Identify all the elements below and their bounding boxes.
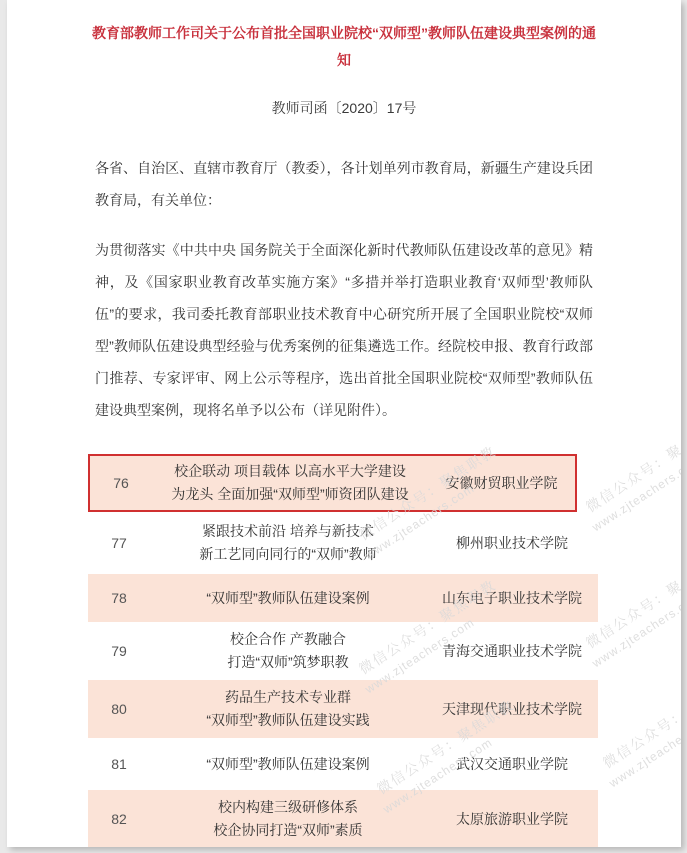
case-title-line1: 紧跟技术前沿 培养与新技术 <box>150 520 426 543</box>
table-row: 79 校企合作 产教融合打造“双师”筑梦职教 青海交通职业技术学院 <box>88 622 598 680</box>
case-number: 79 <box>88 643 150 659</box>
case-title: 药品生产技术专业群“双师型”教师队伍建设实践 <box>150 686 426 732</box>
table-row-highlighted: 76 校企联动 项目载体 以高水平大学建设为龙头 全面加强“双师型”师资团队建设… <box>88 454 577 512</box>
case-number: 78 <box>88 590 150 606</box>
case-number: 80 <box>88 701 150 717</box>
table-row: 78 “双师型”教师队伍建设案例 山东电子职业技术学院 <box>88 574 598 622</box>
document-content: 教育部教师工作司关于公布首批全国职业院校“双师型”教师队伍建设典型案例的通知 教… <box>7 20 681 847</box>
case-title-line2: 打造“双师”筑梦职教 <box>150 651 426 674</box>
case-number: 76 <box>90 475 152 491</box>
case-number: 82 <box>88 811 150 827</box>
case-number: 77 <box>88 535 150 551</box>
case-title-line1: “双师型”教师队伍建设案例 <box>150 587 426 610</box>
case-title-line1: 校企联动 项目载体 以高水平大学建设 <box>152 460 428 483</box>
case-school: 安徽财贸职业学院 <box>428 473 575 493</box>
case-title-line2: 为龙头 全面加强“双师型”师资团队建设 <box>152 483 428 506</box>
case-title: 校企合作 产教融合打造“双师”筑梦职教 <box>150 628 426 674</box>
case-school: 太原旅游职业学院 <box>426 809 598 829</box>
case-school: 武汉交通职业学院 <box>426 754 598 774</box>
case-title-line1: 校内构建三级研修体系 <box>150 796 426 819</box>
document-page: 微信公众号：聚焦职教 www.zjteachers.com 微信公众号：聚焦职教… <box>7 0 681 847</box>
case-title-line1: 药品生产技术专业群 <box>150 686 426 709</box>
case-title-line2: “双师型”教师队伍建设实践 <box>150 709 426 732</box>
case-school: 柳州职业技术学院 <box>426 533 598 553</box>
case-title: “双师型”教师队伍建设案例 <box>150 753 426 776</box>
case-title-line2: 校企协同打造“双师”素质 <box>150 819 426 842</box>
case-table: 76 校企联动 项目载体 以高水平大学建设为龙头 全面加强“双师型”师资团队建设… <box>88 454 598 847</box>
body-paragraph: 为贯彻落实《中共中央 国务院关于全面深化新时代教师队伍建设改革的意见》精神，及《… <box>95 234 593 426</box>
table-row: 81 “双师型”教师队伍建设案例 武汉交通职业学院 <box>88 738 598 790</box>
case-title-line1: 校企合作 产教融合 <box>150 628 426 651</box>
case-school: 天津现代职业技术学院 <box>426 699 598 719</box>
case-title: 紧跟技术前沿 培养与新技术新工艺同向同行的“双师”教师 <box>150 520 426 566</box>
document-title: 教育部教师工作司关于公布首批全国职业院校“双师型”教师队伍建设典型案例的通知 <box>89 20 599 74</box>
case-title: 校企联动 项目载体 以高水平大学建设为龙头 全面加强“双师型”师资团队建设 <box>152 460 428 506</box>
case-title-line1: “双师型”教师队伍建设案例 <box>150 753 426 776</box>
doc-number: 教师司函〔2020〕17号 <box>95 98 593 118</box>
table-row: 80 药品生产技术专业群“双师型”教师队伍建设实践 天津现代职业技术学院 <box>88 680 598 738</box>
case-title: “双师型”教师队伍建设案例 <box>150 587 426 610</box>
case-school: 山东电子职业技术学院 <box>426 588 598 608</box>
case-school: 青海交通职业技术学院 <box>426 641 598 661</box>
case-title: 校内构建三级研修体系校企协同打造“双师”素质 <box>150 796 426 842</box>
table-row: 82 校内构建三级研修体系校企协同打造“双师”素质 太原旅游职业学院 <box>88 790 598 847</box>
case-title-line2: 新工艺同向同行的“双师”教师 <box>150 543 426 566</box>
recipients-paragraph: 各省、自治区、直辖市教育厅（教委），各计划单列市教育局，新疆生产建设兵团教育局，… <box>95 152 593 216</box>
table-row: 77 紧跟技术前沿 培养与新技术新工艺同向同行的“双师”教师 柳州职业技术学院 <box>88 512 598 574</box>
case-number: 81 <box>88 756 150 772</box>
